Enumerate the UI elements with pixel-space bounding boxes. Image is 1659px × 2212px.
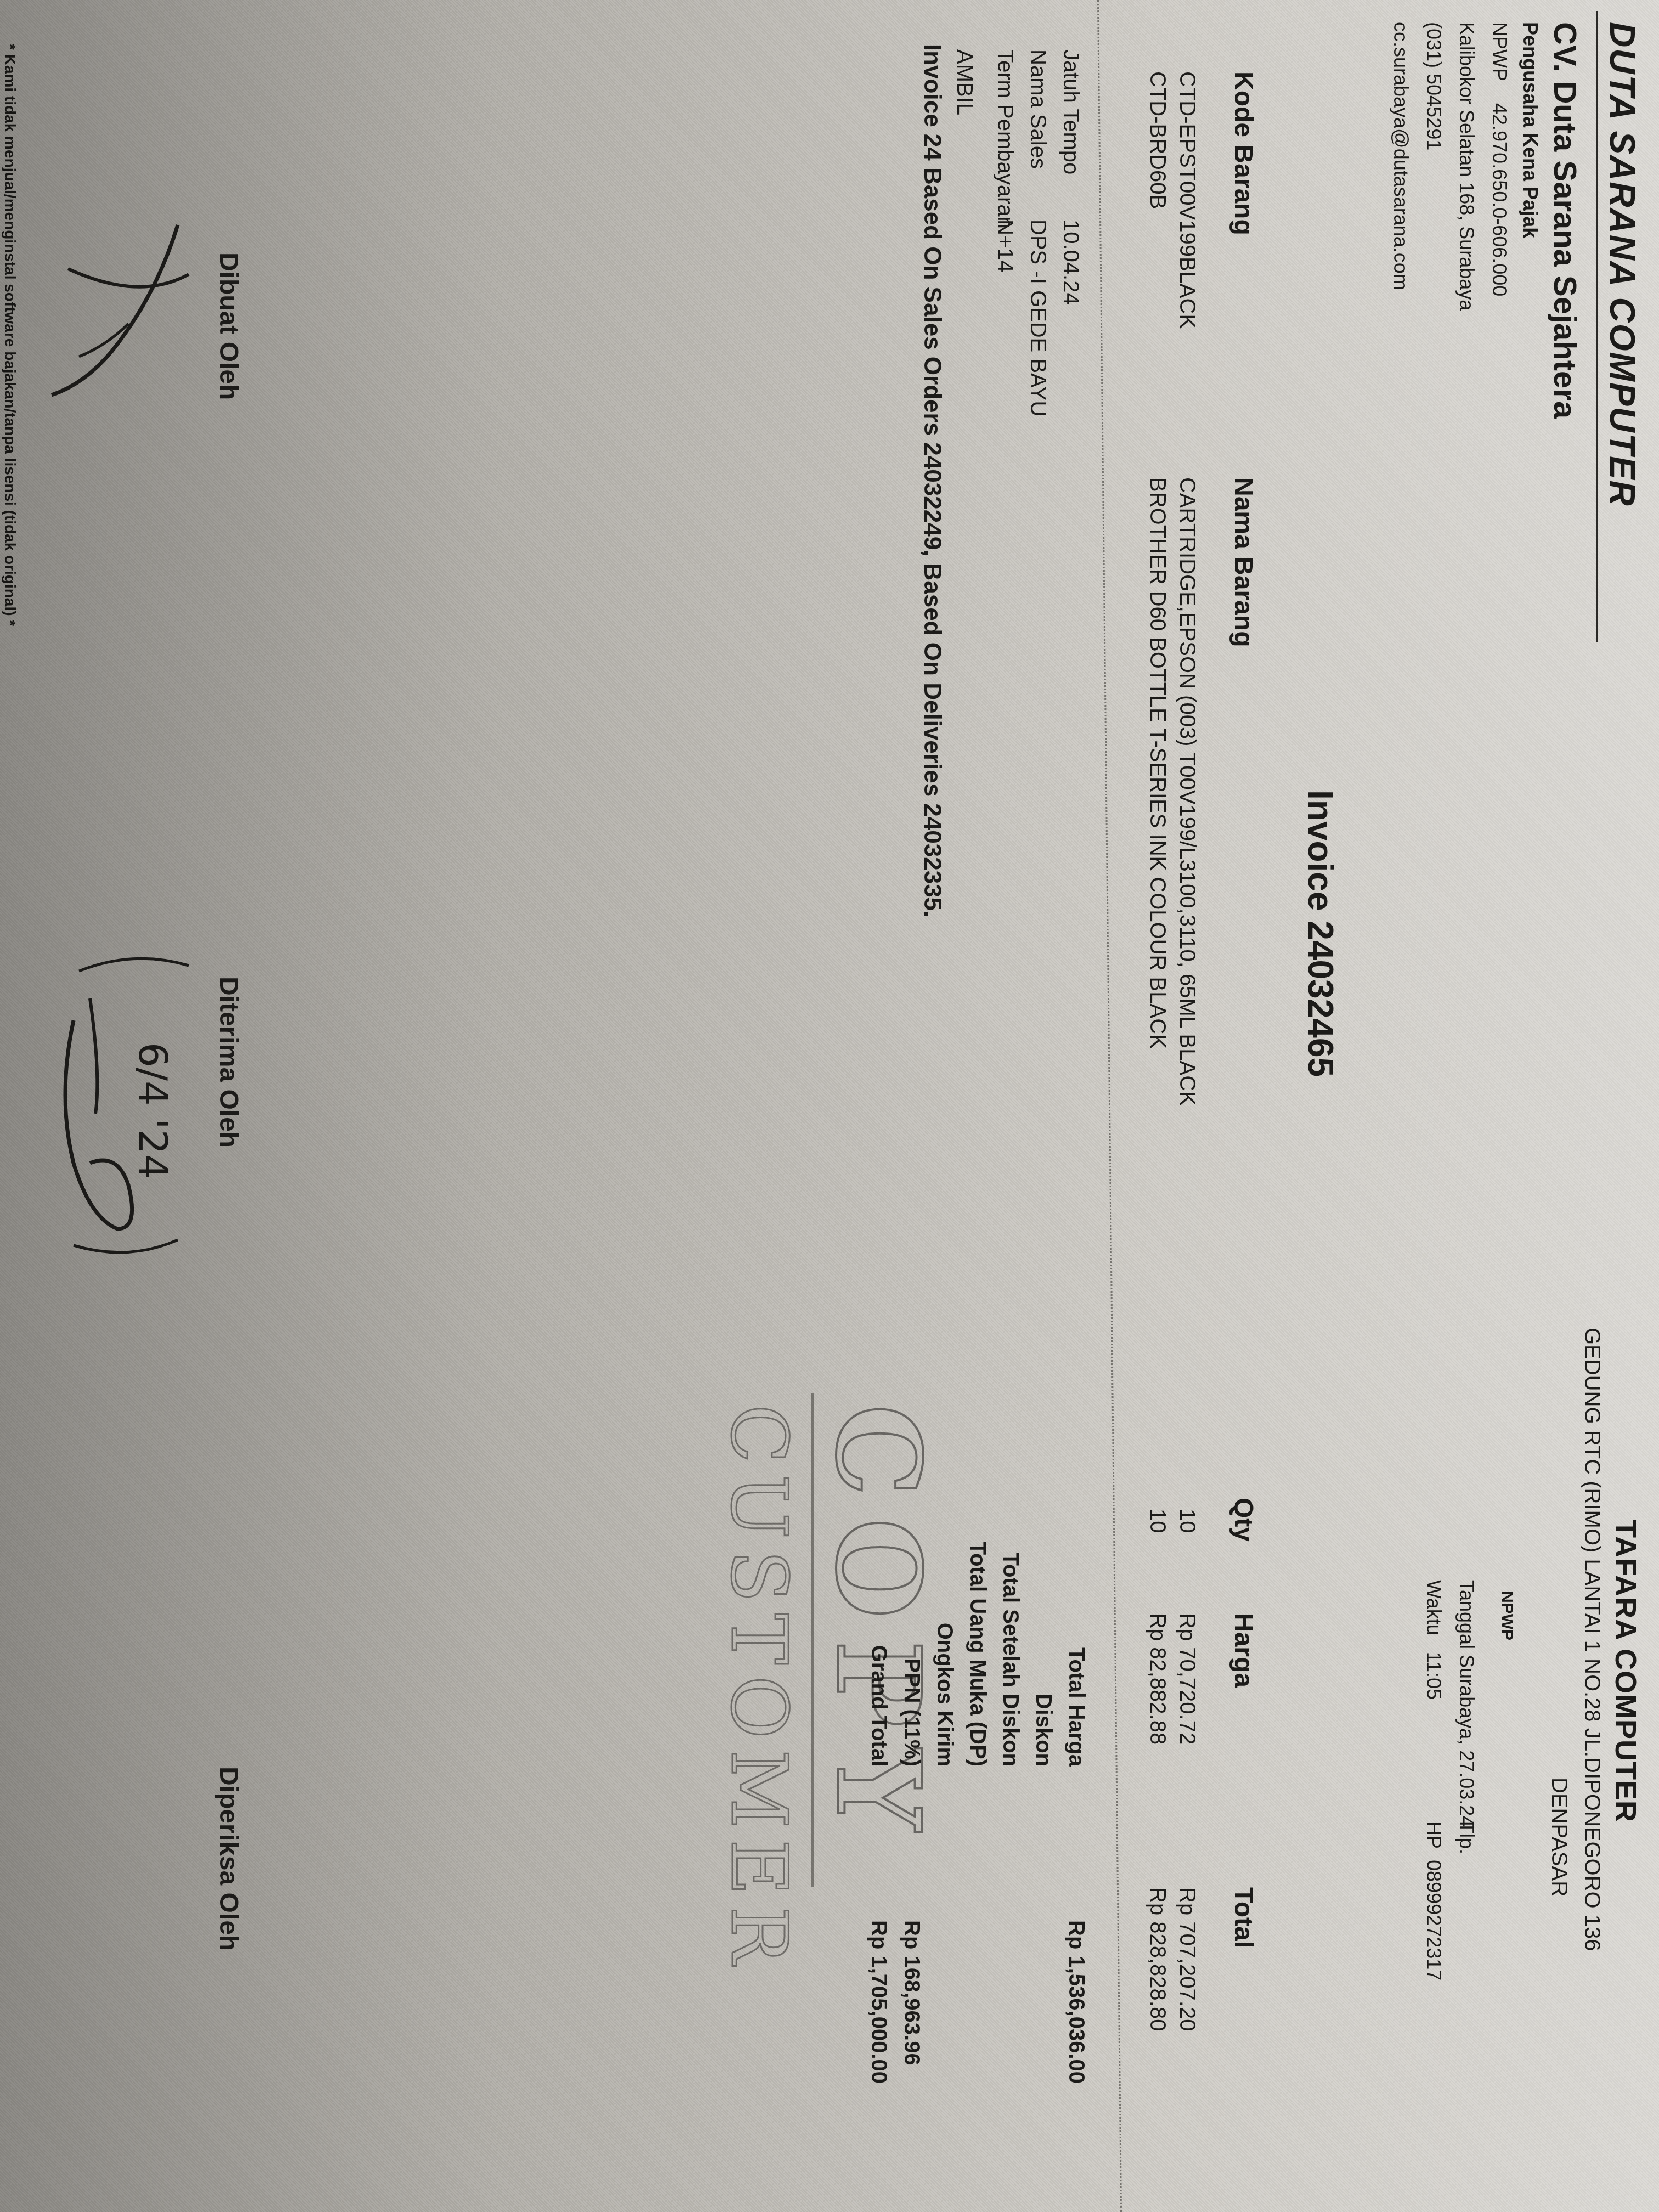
seller-logo: DUTA SARANA COMPUTER [1602,22,1643,507]
stamp-divider [811,1393,814,1887]
time-label: Waktu [1423,1580,1445,1635]
seller-email: cc.surabaya@dutasarana.com [1389,22,1412,290]
time-value: 11:05 [1423,1652,1445,1700]
seller-phone: (031) 5045291 [1422,22,1445,150]
item-qty: 10 [1145,1509,1170,1533]
column-header-code: Kode Barang [1228,71,1259,235]
total-value: Rp 1,536,036.00 [1064,1920,1088,2084]
item-name: CARTRIDGE,EPSON (003) T00V199/L3100,3110… [1175,477,1199,1106]
sales-label: Nama Sales [1025,49,1050,169]
invoice-paper: DUTA SARANA COMPUTER CV. Duta Sarana Sej… [0,0,1659,2212]
discount-label: Diskon [1031,1514,1056,1767]
terms-value: N+14 [992,219,1017,273]
item-total: Rp 707,207.20 [1175,1887,1199,2031]
column-header-price: Harga [1228,1613,1259,1688]
received-date-note: 6/4 '24 [130,1042,176,1180]
invoice-title: Invoice 24032465 [1300,790,1341,1077]
column-header-qty: Qty [1228,1498,1259,1542]
item-name: BROTHER D60 BOTTLE T-SERIES INK COLOUR B… [1145,477,1170,1049]
item-price: Rp 70,720.72 [1175,1613,1199,1745]
vat-value: Rp 168,963.96 [899,1920,924,2066]
sales-value: DPS -I GEDE BAYU [1025,219,1050,416]
item-price: Rp 82,882.88 [1145,1613,1170,1745]
buyer-address: GEDUNG RTC (RIMO) LANTAI 1 NO.28 JL.DIPO… [1579,1328,1604,1951]
logo-underline [1596,11,1598,642]
terms-label: Term Pembayaran [992,49,1017,229]
signature-created-by-icon [46,208,211,439]
buyer-tlp: Tlp. [1455,1821,1478,1854]
seller-npwp-value: 42.970.650.0-606.000 [1488,103,1511,296]
due-date-label: Jatuh Tempo [1058,49,1083,174]
total-label: Total Harga [1064,1514,1088,1767]
item-total: Rp 828,828.80 [1145,1887,1170,2031]
grand-total-value: Rp 1,705,000.00 [866,1920,891,2084]
after-discount-label: Total Setelah Diskon [998,1514,1023,1767]
item-code: CTD-EPST00V199BLACK [1175,71,1199,329]
invoice-date: Tanggal Surabaya, 27.03.24 [1455,1580,1478,1827]
pickup-label: AMBIL [952,49,977,115]
reference-note: Invoice 24 Based On Sales Orders 2403224… [918,44,946,917]
buyer-city: DENPASAR [1547,1778,1571,1897]
buyer-hp: HP 08999272317 [1422,1821,1445,1980]
signature-created-by-label: Dibuat Oleh [213,252,244,400]
seller-npwp-label: NPWP [1488,22,1511,81]
column-header-name: Nama Barang [1228,477,1259,647]
invoice-time: Waktu 11:05 [1422,1580,1445,1700]
seller-name: CV. Duta Sarana Sejahtera [1547,22,1583,419]
copy-stamp: COPY [810,1404,946,1853]
buyer-name: TAFARA COMPUTER [1609,1520,1643,1822]
footnote: * Kami tidak menjual/menginstal software… [1,44,19,626]
seller-tax-status: Pengusaha Kena Pajak [1519,22,1542,238]
down-payment-label: Total Uang Muka (DP) [965,1514,990,1767]
fold-line [1097,0,1122,2212]
signature-checked-by-label: Diperiksa Oleh [213,1767,244,1951]
date-label: Tanggal Surabaya, [1455,1580,1478,1745]
item-code: CTD-BRD60B [1145,71,1170,209]
hp-value: 08999272317 [1423,1860,1445,1980]
date-value: 27.03.24 [1455,1750,1478,1827]
seller-npwp: NPWP 42.970.650.0-606.000 [1488,22,1511,296]
signature-received-by-icon: 6/4 '24 [24,933,200,1317]
hp-label: HP [1423,1821,1445,1849]
signature-received-by-label: Diterima Oleh [213,977,244,1148]
customer-stamp: CUSTOMER [714,1404,803,1975]
column-header-total: Total [1228,1887,1259,1948]
due-date-value: 10.04.24 [1058,219,1083,305]
seller-address: Kalibokor Selatan 168, Surabaya [1455,22,1478,311]
item-qty: 10 [1175,1509,1199,1533]
tlp-label: Tlp. [1455,1821,1478,1854]
buyer-npwp-label: NPWP [1498,1591,1516,1640]
